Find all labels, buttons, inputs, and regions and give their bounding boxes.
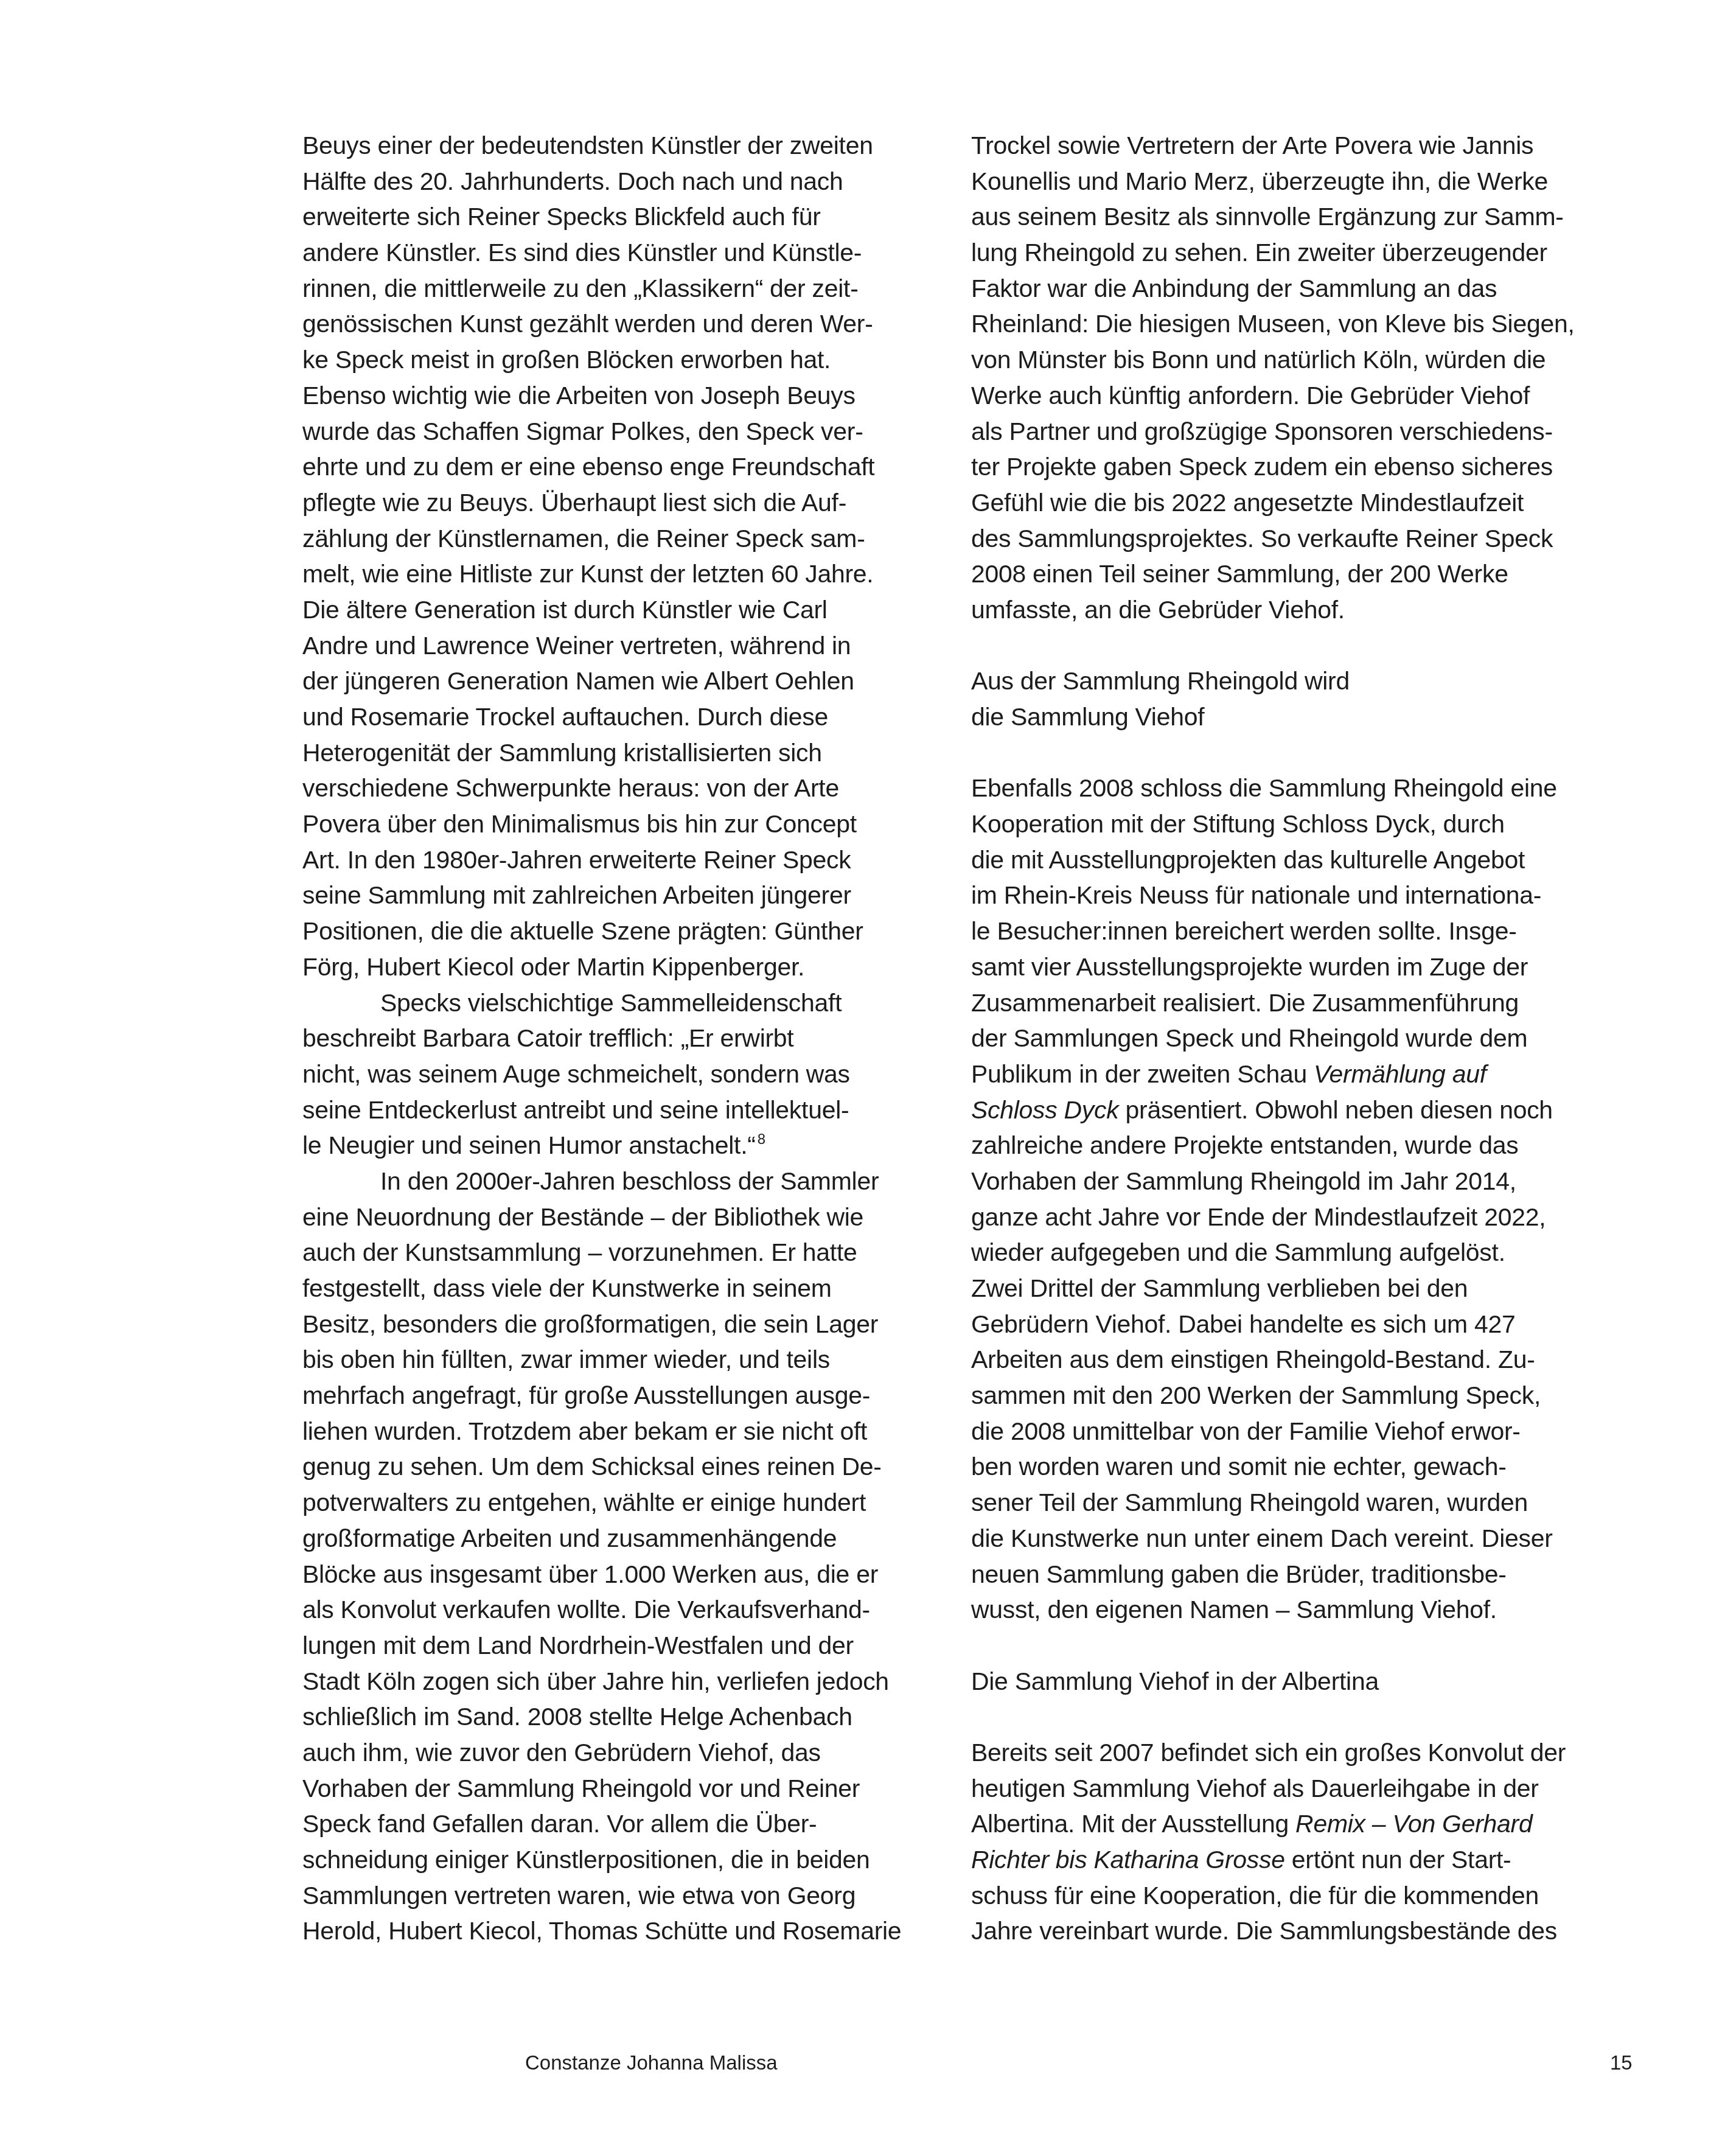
line-text: Gebrüdern Viehof. Dabei handelte es sich… [971,1310,1516,1338]
line-text: melt, wie eine Hitliste zur Kunst der le… [302,560,873,588]
body-text-line: der jüngeren Generation Namen wie Albert… [302,663,960,699]
exhibition-title: Vermählung auf [1314,1060,1486,1088]
body-text-line: Vorhaben der Sammlung Rheingold im Jahr … [971,1163,1628,1199]
line-text: Speck fand Gefallen daran. Vor allem die… [302,1810,817,1838]
line-text: die Sammlung Viehof [971,703,1204,731]
body-text-line: die mit Ausstellungprojekten das kulture… [971,842,1628,878]
exhibition-title: Richter bis Katharina Grosse [971,1846,1285,1874]
body-text-line: heutigen Sammlung Viehof als Dauerleihga… [971,1771,1628,1807]
body-text-line: Positionen, die die aktuelle Szene prägt… [302,913,960,949]
line-text: erweiterte sich Reiner Specks Blickfeld … [302,203,821,231]
line-text: zahlreiche andere Projekte entstanden, w… [971,1131,1519,1159]
line-text: aus seinem Besitz als sinnvolle Ergänzun… [971,203,1564,231]
line-text: Kooperation mit der Stiftung Schloss Dyc… [971,810,1505,838]
line-text: der jüngeren Generation Namen wie Albert… [302,667,854,695]
body-text-line: Schloss Dyck präsentiert. Obwohl neben d… [971,1092,1628,1128]
line-text: Positionen, die die aktuelle Szene prägt… [302,917,863,945]
line-text: nicht, was seinem Auge schmeichelt, sond… [302,1060,850,1088]
section-heading-line: Die Sammlung Viehof in der Albertina [971,1664,1628,1700]
body-text-line: im Rhein-Kreis Neuss für nationale und i… [971,877,1628,913]
line-text: Art. In den 1980er-Jahren erweiterte Rei… [302,846,851,874]
line-text: pflegte wie zu Beuys. Überhaupt liest si… [302,489,846,517]
body-text-line: ter Projekte gaben Speck zudem ein ebens… [971,449,1628,485]
body-text-line: bis oben hin füllten, zwar immer wieder,… [302,1342,960,1378]
body-text-line: großformatige Arbeiten und zusammenhänge… [302,1521,960,1557]
line-text: verschiedene Schwerpunkte heraus: von de… [302,774,839,802]
body-text-line: wusst, den eigenen Namen – Sammlung Vieh… [971,1592,1628,1628]
line-text: bis oben hin füllten, zwar immer wieder,… [302,1345,830,1373]
line-text: mehrfach angefragt, für große Ausstellun… [302,1381,870,1409]
line-text: als Konvolut verkaufen wollte. Die Verka… [302,1596,870,1624]
line-text: umfasste, an die Gebrüder Viehof. [971,596,1345,624]
line-text: Albertina. Mit der Ausstellung [971,1810,1295,1838]
line-text: zählung der Künstlernamen, die Reiner Sp… [302,525,865,553]
line-text: Trockel sowie Vertretern der Arte Povera… [971,131,1533,159]
line-text: eine Neuordnung der Bestände – der Bibli… [302,1203,863,1231]
body-text-line: auch der Kunstsammlung – vorzunehmen. Er… [302,1235,960,1271]
body-text-line: Kounellis und Mario Merz, überzeugte ihn… [971,164,1628,200]
body-text-line: Arbeiten aus dem einstigen Rheingold-Bes… [971,1342,1628,1378]
body-text-line: Albertina. Mit der Ausstellung Remix – V… [971,1806,1628,1842]
line-text: Bereits seit 2007 befindet sich ein groß… [971,1739,1566,1767]
body-text-line: seine Entdeckerlust antreibt und seine i… [302,1092,960,1128]
body-text-line: Publikum in der zweiten Schau Vermählung… [971,1056,1628,1092]
line-text: ben worden waren und somit nie echter, g… [971,1453,1507,1481]
line-text: samt vier Ausstellungsprojekte wurden im… [971,953,1528,981]
line-text: wusst, den eigenen Namen – Sammlung Vieh… [971,1596,1497,1624]
body-text-line: als Partner und großzügige Sponsoren ver… [971,414,1628,450]
line-text: großformatige Arbeiten und zusammenhänge… [302,1524,837,1552]
line-text: 2008 einen Teil seiner Sammlung, der 200… [971,560,1508,588]
body-text-line: Faktor war die Anbindung der Sammlung an… [971,271,1628,307]
line-text: Förg, Hubert Kiecol oder Martin Kippenbe… [302,953,804,981]
line-text: In den 2000er-Jahren beschloss der Samml… [380,1167,879,1195]
body-text-line: rinnen, die mittlerweile zu den „Klassik… [302,271,960,307]
body-text-line: Ebenso wichtig wie die Arbeiten von Jose… [302,378,960,414]
body-text-line: ben worden waren und somit nie echter, g… [971,1449,1628,1485]
right-text-column: Trockel sowie Vertretern der Arte Povera… [971,128,1628,1949]
line-text: festgestellt, dass viele der Kunstwerke … [302,1274,832,1302]
body-text-line: auch ihm, wie zuvor den Gebrüdern Viehof… [302,1735,960,1771]
body-text-line: pflegte wie zu Beuys. Überhaupt liest si… [302,485,960,521]
body-text-line: eine Neuordnung der Bestände – der Bibli… [302,1199,960,1235]
body-text-line: mehrfach angefragt, für große Ausstellun… [302,1378,960,1414]
body-text-line: genössischen Kunst gezählt werden und de… [302,306,960,342]
body-text-line: genug zu sehen. Um dem Schicksal eines r… [302,1449,960,1485]
body-text-line: sammen mit den 200 Werken der Sammlung S… [971,1378,1628,1414]
line-text: neuen Sammlung gaben die Brüder, traditi… [971,1560,1507,1588]
left-text-column: Beuys einer der bedeutendsten Künstler d… [302,128,960,1949]
body-text-line: schuss für eine Kooperation, die für die… [971,1878,1628,1914]
line-text: genug zu sehen. Um dem Schicksal eines r… [302,1453,882,1481]
line-text: ke Speck meist in großen Blöcken erworbe… [302,346,831,374]
line-text: Rheinland: Die hiesigen Museen, von Klev… [971,310,1575,338]
body-text-line: Trockel sowie Vertretern der Arte Povera… [971,128,1628,164]
body-text-line: Sammlungen vertreten waren, wie etwa von… [302,1878,960,1914]
line-text: schuss für eine Kooperation, die für die… [971,1882,1539,1910]
line-text: le Neugier und seinen Humor anstachelt.“ [302,1131,756,1159]
body-text-line: Gebrüdern Viehof. Dabei handelte es sich… [971,1307,1628,1342]
body-text-line: Die ältere Generation ist durch Künstler… [302,592,960,628]
line-text: le Besucher:innen bereichert werden soll… [971,917,1517,945]
line-text: seine Sammlung mit zahlreichen Arbeiten … [302,881,851,909]
body-text-line: ganze acht Jahre vor Ende der Mindestlau… [971,1199,1628,1235]
body-text-line: Stadt Köln zogen sich über Jahre hin, ve… [302,1664,960,1700]
exhibition-title: Remix – Von Gerhard [1295,1810,1532,1838]
line-text: lung Rheingold zu sehen. Ein zweiter übe… [971,239,1547,267]
line-text: ter Projekte gaben Speck zudem ein ebens… [971,453,1553,481]
line-text: Ebenso wichtig wie die Arbeiten von Jose… [302,382,856,410]
section-heading-line: die Sammlung Viehof [971,699,1628,735]
body-text-line: Blöcke aus insgesamt über 1.000 Werken a… [302,1557,960,1593]
line-text: Werke auch künftig anfordern. Die Gebrüd… [971,382,1530,410]
body-text-line: Werke auch künftig anfordern. Die Gebrüd… [971,378,1628,414]
body-text-line: Gefühl wie die bis 2022 angesetzte Minde… [971,485,1628,521]
line-text: Kounellis und Mario Merz, überzeugte ihn… [971,167,1548,195]
body-text-line: zahlreiche andere Projekte entstanden, w… [971,1128,1628,1163]
line-text: seine Entdeckerlust antreibt und seine i… [302,1096,849,1124]
body-text-line: Art. In den 1980er-Jahren erweiterte Rei… [302,842,960,878]
line-text: die mit Ausstellungprojekten das kulture… [971,846,1525,874]
body-text-line: zählung der Künstlernamen, die Reiner Sp… [302,521,960,557]
line-text: genössischen Kunst gezählt werden und de… [302,310,873,338]
body-text-line: Beuys einer der bedeutendsten Künstler d… [302,128,960,164]
line-text: Heterogenität der Sammlung kristallisier… [302,739,822,767]
body-text-line: sener Teil der Sammlung Rheingold waren,… [971,1485,1628,1521]
body-text-line: melt, wie eine Hitliste zur Kunst der le… [302,556,960,592]
line-text: andere Künstler. Es sind dies Künstler u… [302,239,862,267]
line-text: Andre und Lawrence Weiner vertreten, wäh… [302,632,851,660]
body-text-line: samt vier Ausstellungsprojekte wurden im… [971,949,1628,985]
body-text-line: als Konvolut verkaufen wollte. Die Verka… [302,1592,960,1628]
line-text: Zwei Drittel der Sammlung verblieben bei… [971,1274,1468,1302]
line-text: im Rhein-Kreis Neuss für nationale und i… [971,881,1541,909]
body-text-line: potverwalters zu entgehen, wählte er ein… [302,1485,960,1521]
line-text: ertönt nun der Start- [1285,1846,1511,1874]
body-text-line: von Münster bis Bonn und natürlich Köln,… [971,342,1628,378]
body-text-line: Besitz, besonders die großformatigen, di… [302,1307,960,1342]
body-text-line: andere Künstler. Es sind dies Künstler u… [302,235,960,271]
line-text: präsentiert. Obwohl neben diesen noch [1118,1096,1552,1124]
body-text-line: Povera über den Minimalismus bis hin zur… [302,806,960,842]
body-text-line: Heterogenität der Sammlung kristallisier… [302,735,960,771]
body-text-line: verschiedene Schwerpunkte heraus: von de… [302,770,960,806]
line-text: sener Teil der Sammlung Rheingold waren,… [971,1488,1528,1516]
body-text-line: Speck fand Gefallen daran. Vor allem die… [302,1806,960,1842]
line-text: Besitz, besonders die großformatigen, di… [302,1310,878,1338]
body-text-line: Rheinland: Die hiesigen Museen, von Klev… [971,306,1628,342]
body-text-line: die Kunstwerke nun unter einem Dach vere… [971,1521,1628,1557]
line-text: Stadt Köln zogen sich über Jahre hin, ve… [302,1667,889,1695]
body-text-line: Richter bis Katharina Grosse ertönt nun … [971,1842,1628,1878]
line-text: heutigen Sammlung Viehof als Dauerleihga… [971,1774,1539,1802]
line-text: die Kunstwerke nun unter einem Dach vere… [971,1524,1553,1552]
line-text: ganze acht Jahre vor Ende der Mindestlau… [971,1203,1546,1231]
line-text: Aus der Sammlung Rheingold wird [971,667,1350,695]
line-text: Vorhaben der Sammlung Rheingold im Jahr … [971,1167,1516,1195]
body-text-line: Specks vielschichtige Sammelleidenschaft [302,985,960,1021]
body-text-line: liehen wurden. Trotzdem aber bekam er si… [302,1414,960,1450]
body-text-line: seine Sammlung mit zahlreichen Arbeiten … [302,877,960,913]
body-text-line: Zusammenarbeit realisiert. Die Zusammenf… [971,985,1628,1021]
blank-line [971,628,1628,664]
line-text: Publikum in der zweiten Schau [971,1060,1314,1088]
line-text: potverwalters zu entgehen, wählte er ein… [302,1488,866,1516]
body-text-line: 2008 einen Teil seiner Sammlung, der 200… [971,556,1628,592]
body-text-line: Andre und Lawrence Weiner vertreten, wäh… [302,628,960,664]
line-text: von Münster bis Bonn und natürlich Köln,… [971,346,1546,374]
line-text: auch ihm, wie zuvor den Gebrüdern Viehof… [302,1739,821,1767]
line-text: Specks vielschichtige Sammelleidenschaft [380,989,842,1017]
body-text-line: Vorhaben der Sammlung Rheingold vor und … [302,1771,960,1807]
line-text: wieder aufgegeben und die Sammlung aufge… [971,1238,1505,1266]
line-text: Zusammenarbeit realisiert. Die Zusammenf… [971,989,1519,1017]
line-text: Faktor war die Anbindung der Sammlung an… [971,274,1497,302]
line-text: ehrte und zu dem er eine ebenso enge Fre… [302,453,874,481]
line-text: Sammlungen vertreten waren, wie etwa von… [302,1882,856,1910]
line-text: auch der Kunstsammlung – vorzunehmen. Er… [302,1238,857,1266]
body-text-line: In den 2000er-Jahren beschloss der Samml… [302,1163,960,1199]
section-heading-line: Aus der Sammlung Rheingold wird [971,663,1628,699]
line-text: sammen mit den 200 Werken der Sammlung S… [971,1381,1541,1409]
body-text-line: Ebenfalls 2008 schloss die Sammlung Rhei… [971,770,1628,806]
line-text: schließlich im Sand. 2008 stellte Helge … [302,1703,852,1731]
body-text-line: neuen Sammlung gaben die Brüder, traditi… [971,1557,1628,1593]
line-text: wurde das Schaffen Sigmar Polkes, den Sp… [302,417,863,445]
line-text: rinnen, die mittlerweile zu den „Klassik… [302,274,859,302]
line-text: Arbeiten aus dem einstigen Rheingold-Bes… [971,1345,1535,1373]
body-text-line: ehrte und zu dem er eine ebenso enge Fre… [302,449,960,485]
line-text: Hälfte des 20. Jahrhunderts. Doch nach u… [302,167,843,195]
line-text: Beuys einer der bedeutendsten Künstler d… [302,131,873,159]
body-text-line: aus seinem Besitz als sinnvolle Ergänzun… [971,199,1628,235]
line-text: beschreibt Barbara Catoir trefflich: „Er… [302,1024,793,1052]
body-text-line: wieder aufgegeben und die Sammlung aufge… [971,1235,1628,1271]
body-text-line: Bereits seit 2007 befindet sich ein groß… [971,1735,1628,1771]
line-text: lungen mit dem Land Nordrhein-Westfalen … [302,1631,854,1659]
exhibition-title: Schloss Dyck [971,1096,1118,1124]
body-text-line: Hälfte des 20. Jahrhunderts. Doch nach u… [302,164,960,200]
line-text: Ebenfalls 2008 schloss die Sammlung Rhei… [971,774,1557,802]
blank-line [971,1628,1628,1664]
document-page: Beuys einer der bedeutendsten Künstler d… [0,0,1725,2156]
body-text-line: Zwei Drittel der Sammlung verblieben bei… [971,1271,1628,1307]
body-text-line: die 2008 unmittelbar von der Familie Vie… [971,1414,1628,1450]
body-text-line: erweiterte sich Reiner Specks Blickfeld … [302,199,960,235]
body-text-line: nicht, was seinem Auge schmeichelt, sond… [302,1056,960,1092]
body-text-line: schließlich im Sand. 2008 stellte Helge … [302,1699,960,1735]
body-text-line: Jahre vereinbart wurde. Die Sammlungsbes… [971,1913,1628,1949]
body-text-line: Kooperation mit der Stiftung Schloss Dyc… [971,806,1628,842]
body-text-line: ke Speck meist in großen Blöcken erworbe… [302,342,960,378]
blank-line [971,1699,1628,1735]
footnote-marker[interactable]: 8 [758,1131,765,1148]
body-text-line: des Sammlungsprojektes. So verkaufte Rei… [971,521,1628,557]
body-text-line: lung Rheingold zu sehen. Ein zweiter übe… [971,235,1628,271]
body-text-line: festgestellt, dass viele der Kunstwerke … [302,1271,960,1307]
line-text: Die Sammlung Viehof in der Albertina [971,1667,1379,1695]
line-text: und Rosemarie Trockel auftauchen. Durch … [302,703,828,731]
blank-line [971,735,1628,771]
body-text-line: le Neugier und seinen Humor anstachelt.“… [302,1128,960,1163]
body-text-line: le Besucher:innen bereichert werden soll… [971,913,1628,949]
body-text-line: der Sammlungen Speck und Rheingold wurde… [971,1020,1628,1056]
body-text-line: schneidung einiger Künstlerpositionen, d… [302,1842,960,1878]
body-text-line: und Rosemarie Trockel auftauchen. Durch … [302,699,960,735]
line-text: Povera über den Minimalismus bis hin zur… [302,810,857,838]
line-text: der Sammlungen Speck und Rheingold wurde… [971,1024,1527,1052]
line-text: als Partner und großzügige Sponsoren ver… [971,417,1553,445]
line-text: schneidung einiger Künstlerpositionen, d… [302,1846,870,1874]
body-text-line: Förg, Hubert Kiecol oder Martin Kippenbe… [302,949,960,985]
line-text: liehen wurden. Trotzdem aber bekam er si… [302,1417,867,1445]
body-text-line: wurde das Schaffen Sigmar Polkes, den Sp… [302,414,960,450]
line-text: Blöcke aus insgesamt über 1.000 Werken a… [302,1560,878,1588]
line-text: Vorhaben der Sammlung Rheingold vor und … [302,1774,860,1802]
line-text: die 2008 unmittelbar von der Familie Vie… [971,1417,1521,1445]
line-text: Herold, Hubert Kiecol, Thomas Schütte un… [302,1917,901,1945]
page-number: 15 [1610,2051,1633,2075]
body-text-line: lungen mit dem Land Nordrhein-Westfalen … [302,1628,960,1664]
line-text: des Sammlungsprojektes. So verkaufte Rei… [971,525,1553,553]
line-text: Die ältere Generation ist durch Künstler… [302,596,828,624]
line-text: Gefühl wie die bis 2022 angesetzte Minde… [971,489,1524,517]
body-text-line: beschreibt Barbara Catoir trefflich: „Er… [302,1020,960,1056]
footer-author: Constanze Johanna Malissa [525,2051,778,2075]
line-text: Jahre vereinbart wurde. Die Sammlungsbes… [971,1917,1557,1945]
body-text-line: Herold, Hubert Kiecol, Thomas Schütte un… [302,1913,960,1949]
body-text-line: umfasste, an die Gebrüder Viehof. [971,592,1628,628]
